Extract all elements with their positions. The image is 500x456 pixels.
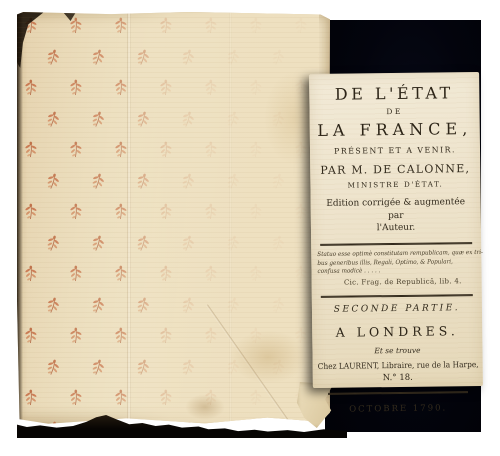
epigraph-line: confusa modicè . . . . . — [317, 267, 464, 278]
paper-stain — [229, 330, 307, 384]
floral-endpaper-leaf — [17, 12, 330, 425]
epigraph: Statuo esse optimè constitutam rempublic… — [317, 249, 475, 289]
imprint-number: N.° 18. — [383, 373, 413, 383]
byline: PAR M. DE CALONNE, — [320, 162, 470, 177]
printers-rule — [321, 294, 473, 298]
part-label: SECONDE PARTIE. — [334, 304, 460, 316]
paper-crease-vertical — [127, 12, 131, 425]
imprint-bookseller: Chez LAURENT, Libraire, rue de la Harpe, — [317, 360, 478, 371]
title-line-2: DE — [386, 107, 403, 116]
printers-rule — [320, 242, 472, 246]
imprint-date: OCTOBRE 1790. — [349, 404, 447, 415]
edition-line-1: Edition corrigée & augmentée par — [318, 196, 474, 223]
epigraph-citation: Cic. Frag. de Republicâ, lib. 4. — [318, 276, 476, 288]
byline-rank: MINISTRE D'ÉTAT. — [347, 179, 443, 189]
paper-stain — [185, 394, 225, 420]
edition-line-2: l'Auteur. — [318, 221, 474, 235]
book-edge-shadow — [17, 12, 23, 425]
imprint-note: Et se trouve — [374, 346, 420, 356]
title-page-text: DE L'ÉTAT DE LA FRANCE, PRÉSENT ET A VEN… — [309, 72, 483, 388]
title-line-1: DE L'ÉTAT — [335, 83, 454, 103]
book-photograph: DE L'ÉTAT DE LA FRANCE, PRÉSENT ET A VEN… — [0, 0, 500, 456]
title-page-leaf: DE L'ÉTAT DE LA FRANCE, PRÉSENT ET A VEN… — [309, 72, 483, 388]
edition-statement: Edition corrigée & augmentée par l'Auteu… — [318, 196, 474, 236]
subtitle: PRÉSENT ET A VENIR. — [334, 145, 456, 155]
title-line-3: LA FRANCE, — [317, 119, 472, 140]
imprint-city: A LONDRES. — [336, 324, 459, 341]
